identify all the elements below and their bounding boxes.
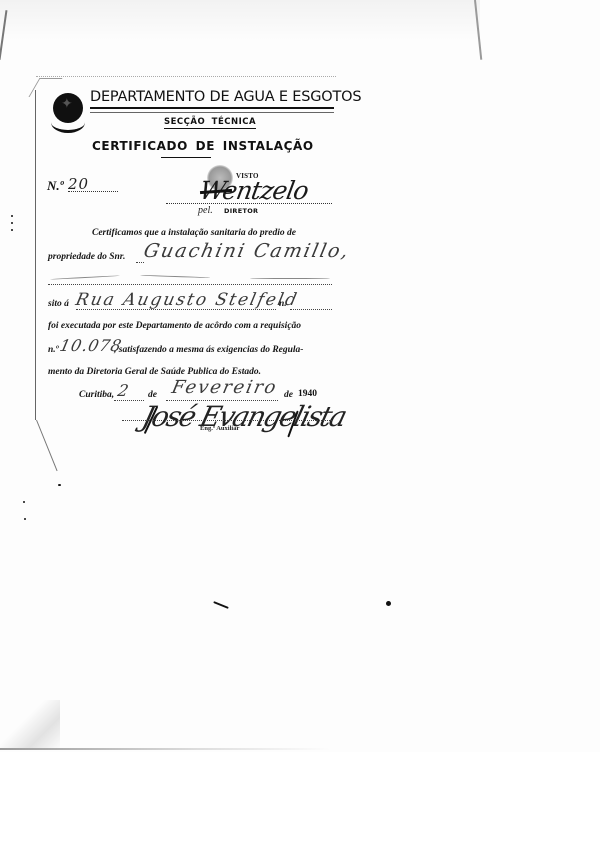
date-de-2: de — [284, 390, 293, 400]
section-name: SECÇÃO TÉCNICA — [164, 117, 256, 129]
certificate-left-edge — [35, 90, 36, 420]
sheet-bottom-edge — [0, 748, 330, 750]
director-signature-line — [166, 203, 332, 204]
requisition-label: n.º — [48, 345, 59, 355]
address-value: Rua Augusto Stelfeld — [74, 290, 300, 310]
engineer-label: Eng.º Auxiliar — [200, 425, 239, 432]
director-label: DIRETOR — [224, 207, 258, 215]
number-label: N.º — [47, 178, 64, 194]
engineer-signature-line — [122, 420, 332, 421]
owner-label: propriedade do Snr. — [48, 252, 125, 262]
paper-speck — [24, 518, 26, 520]
intro-text: Certificamos que a instalação sanitaria … — [92, 228, 296, 238]
address-number-label: n. — [279, 299, 287, 309]
owner-underline-stroke — [250, 278, 330, 279]
owner-continuation-line — [48, 284, 332, 285]
regulation-text: mento da Diretoria Geral de Saúde Public… — [48, 367, 261, 377]
address-dotted-line — [76, 309, 276, 310]
department-name: DEPARTAMENTO DE AGUA E ESGOTOS — [90, 89, 340, 105]
paper-speck — [23, 501, 25, 503]
satisfying-text: , satisfazendo a mesma ás exigencias do … — [114, 345, 303, 355]
address-label: sito á — [48, 299, 69, 309]
sheet-top-shadow — [0, 0, 480, 40]
date-de-1: de — [148, 390, 157, 400]
date-month: Fevereiro — [170, 377, 280, 398]
address-number-line — [290, 309, 332, 310]
paper-speck — [11, 215, 13, 217]
owner-dotted-line — [136, 262, 144, 263]
day-dotted-line — [114, 400, 144, 401]
paper-speck — [11, 222, 13, 224]
paper-speck — [11, 229, 13, 231]
title-underline — [161, 157, 211, 158]
department-underline — [90, 107, 334, 113]
paper-speck — [58, 484, 61, 486]
certificate-title: CERTIFICADO DE INSTALAÇÃO — [92, 139, 314, 153]
coat-of-arms-wreath-icon — [51, 112, 85, 133]
ink-blot — [386, 601, 391, 606]
date-year: 1940 — [298, 389, 317, 399]
number-dotted-line — [68, 191, 118, 192]
director-prefix: pel. — [198, 205, 213, 216]
sheet-bottom-corner — [0, 700, 60, 750]
coat-of-arms-star-icon: ✦ — [61, 98, 73, 112]
engineer-signature: José Evangelista — [139, 400, 349, 433]
city-label: Curitiba, — [79, 390, 114, 400]
owner-name: Guachini Camillo, — [142, 240, 352, 262]
executed-text: foi executada por este Departamento de a… — [48, 321, 301, 331]
